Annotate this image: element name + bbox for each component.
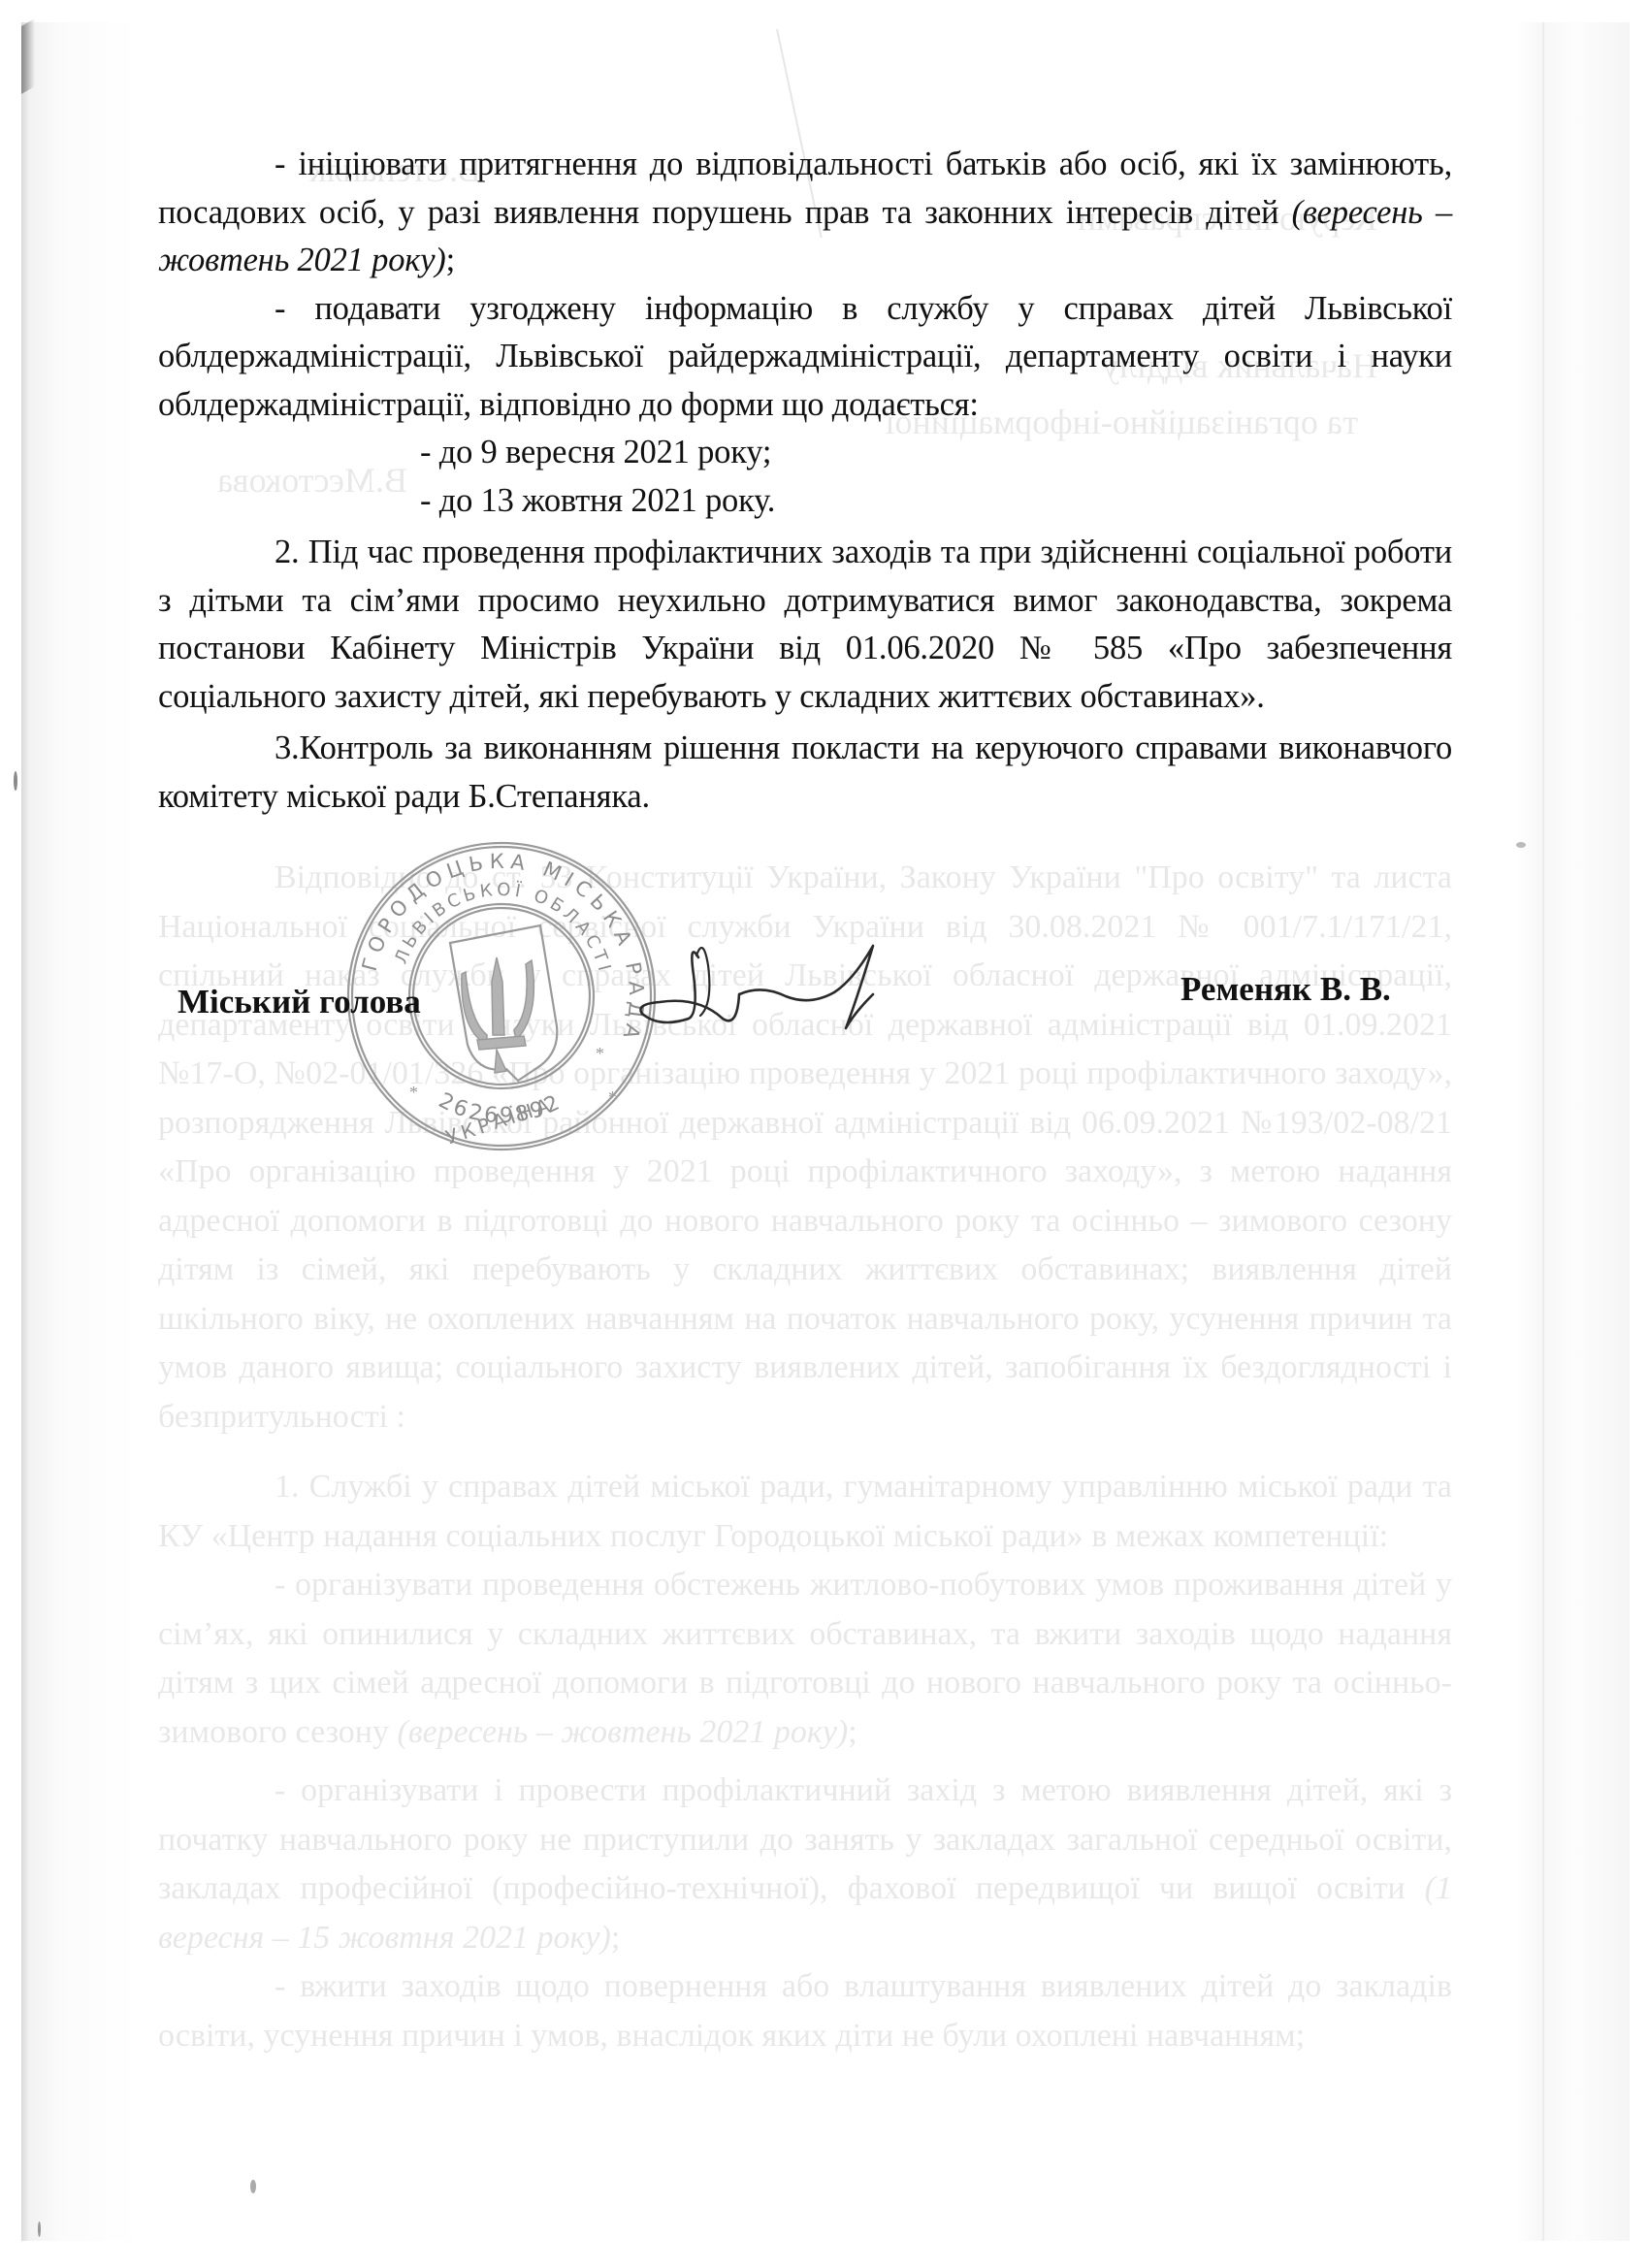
deadline-item: - до 9 вересня 2021 року;	[158, 429, 1452, 477]
page-corner-shadow	[21, 18, 35, 94]
signatory-name: Ременяк В. В.	[1180, 970, 1391, 1009]
scan-speck	[1516, 842, 1526, 848]
paragraph-initiate-responsibility: - ініціювати притягнення до відповідальн…	[158, 141, 1452, 285]
scan-edge-line	[1542, 22, 1544, 2241]
bleed-paragraph: - вжити заходів щодо повернення або влаш…	[158, 1962, 1452, 2060]
document-body: - ініціювати притягнення до відповідальн…	[158, 141, 1452, 821]
deadline-item: - до 13 жовтня 2021 року.	[158, 477, 1452, 526]
paragraph-item-2: 2. Під час проведення профілактичних зах…	[158, 529, 1452, 721]
bleed-paragraph: 1. Службі у справах дітей міської ради, …	[158, 1463, 1452, 1561]
scan-speck	[38, 2221, 41, 2237]
scan-speck	[250, 2180, 256, 2193]
signatory-title: Міський голова	[178, 983, 421, 1021]
svg-text:*: *	[608, 1087, 617, 1107]
handwritten-signature-icon	[630, 936, 960, 1043]
paragraph-submit-information: - подавати узгоджену інформацію в службу…	[158, 285, 1452, 430]
scan-speck	[14, 771, 17, 791]
svg-text:*: *	[409, 1083, 418, 1102]
paragraph-item-3: 3.Контроль за виконанням рішення покласт…	[158, 725, 1452, 821]
bleed-paragraph: - організувати і провести профілактичний…	[158, 1766, 1452, 1962]
bleed-paragraph: - організувати проведення обстежень житл…	[158, 1561, 1452, 1757]
svg-text:*: *	[596, 1044, 604, 1063]
